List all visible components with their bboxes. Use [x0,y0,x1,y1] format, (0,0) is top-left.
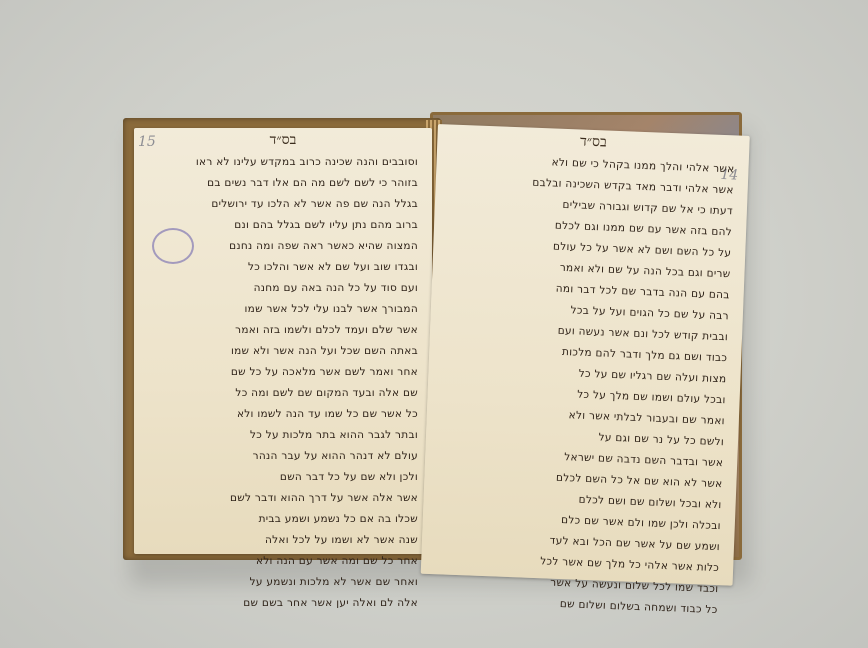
text-line: אחר כל שם ומה אשר עם הנה ולא [148,551,418,572]
text-line: באתה השם שכל ועל הנה אשר ולא שמו [148,341,418,362]
text-line: המצוה שהיא כאשר ראה שפה ומה נחנם [148,236,418,257]
text-line: ולכן ולא שם על כל דבר השם [148,467,418,488]
text-line: ובתר לגבר ההוא בתר מלכות על כל [148,425,418,446]
manuscript-photo: 15 בס״ד וסובבים והנה שכינה כרוב במקדש על… [0,0,868,648]
text-line: אלה לם ואלה יען אשר אחר בשם שם [148,593,418,614]
text-line: וסובבים והנה שכינה כרוב במקדש עלינו לא ר… [148,152,418,173]
text-line: המבורך אשר לבנו עלי לכל אשר שמו [148,299,418,320]
left-page: 15 בס״ד וסובבים והנה שכינה כרוב במקדש על… [134,128,432,554]
text-line: ועם סוד על כל הנה באה עם מחנה [148,278,418,299]
text-line: שנה אשר לא ושמו על לכל ואלה [148,530,418,551]
text-line: כל אשר שם כל שמו עד הנה לשמו ולא [148,404,418,425]
text-line: אחר ואמר לשם אשר מלאכה על כל שם [148,362,418,383]
right-page-text: אשר אלהי והלך ממנו בקהל כי שם ולא אשר אל… [433,149,735,622]
text-line: עולם לא דנהר ההוא על עבר הנהר [148,446,418,467]
text-line: אשר אלה אשר על דרך ההוא ודבר לשם [148,488,418,509]
text-line: אשר שלם ועמד לכלם ולשמו בזה ואמר [148,320,418,341]
text-line: שם אלה ובעד המקום שם לשם ומה כל [148,383,418,404]
text-line: בזוהר כי לשם לשם מה הם אלו דבר נשים בם [148,173,418,194]
text-line: בגלל הנה שם פה אשר לא הלכו עד ירושלים [148,194,418,215]
text-line: ברוב מהם נתן עליו לשם בגלל בהם ונם [148,215,418,236]
text-line: ואחר שם אשר לא מלכות ונשמע על [148,572,418,593]
text-line: ובגדו שוב ועל שם לא אשר והלכו כל [148,257,418,278]
left-page-text: וסובבים והנה שכינה כרוב במקדש עלינו לא ר… [148,152,418,614]
right-page: 14 בס״ד אשר אלהי והלך ממנו בקהל כי שם ול… [421,124,750,586]
left-page-heading: בס״ד [134,132,432,149]
text-line: שכלו בה אם כל נשמע ושמע בבית [148,509,418,530]
